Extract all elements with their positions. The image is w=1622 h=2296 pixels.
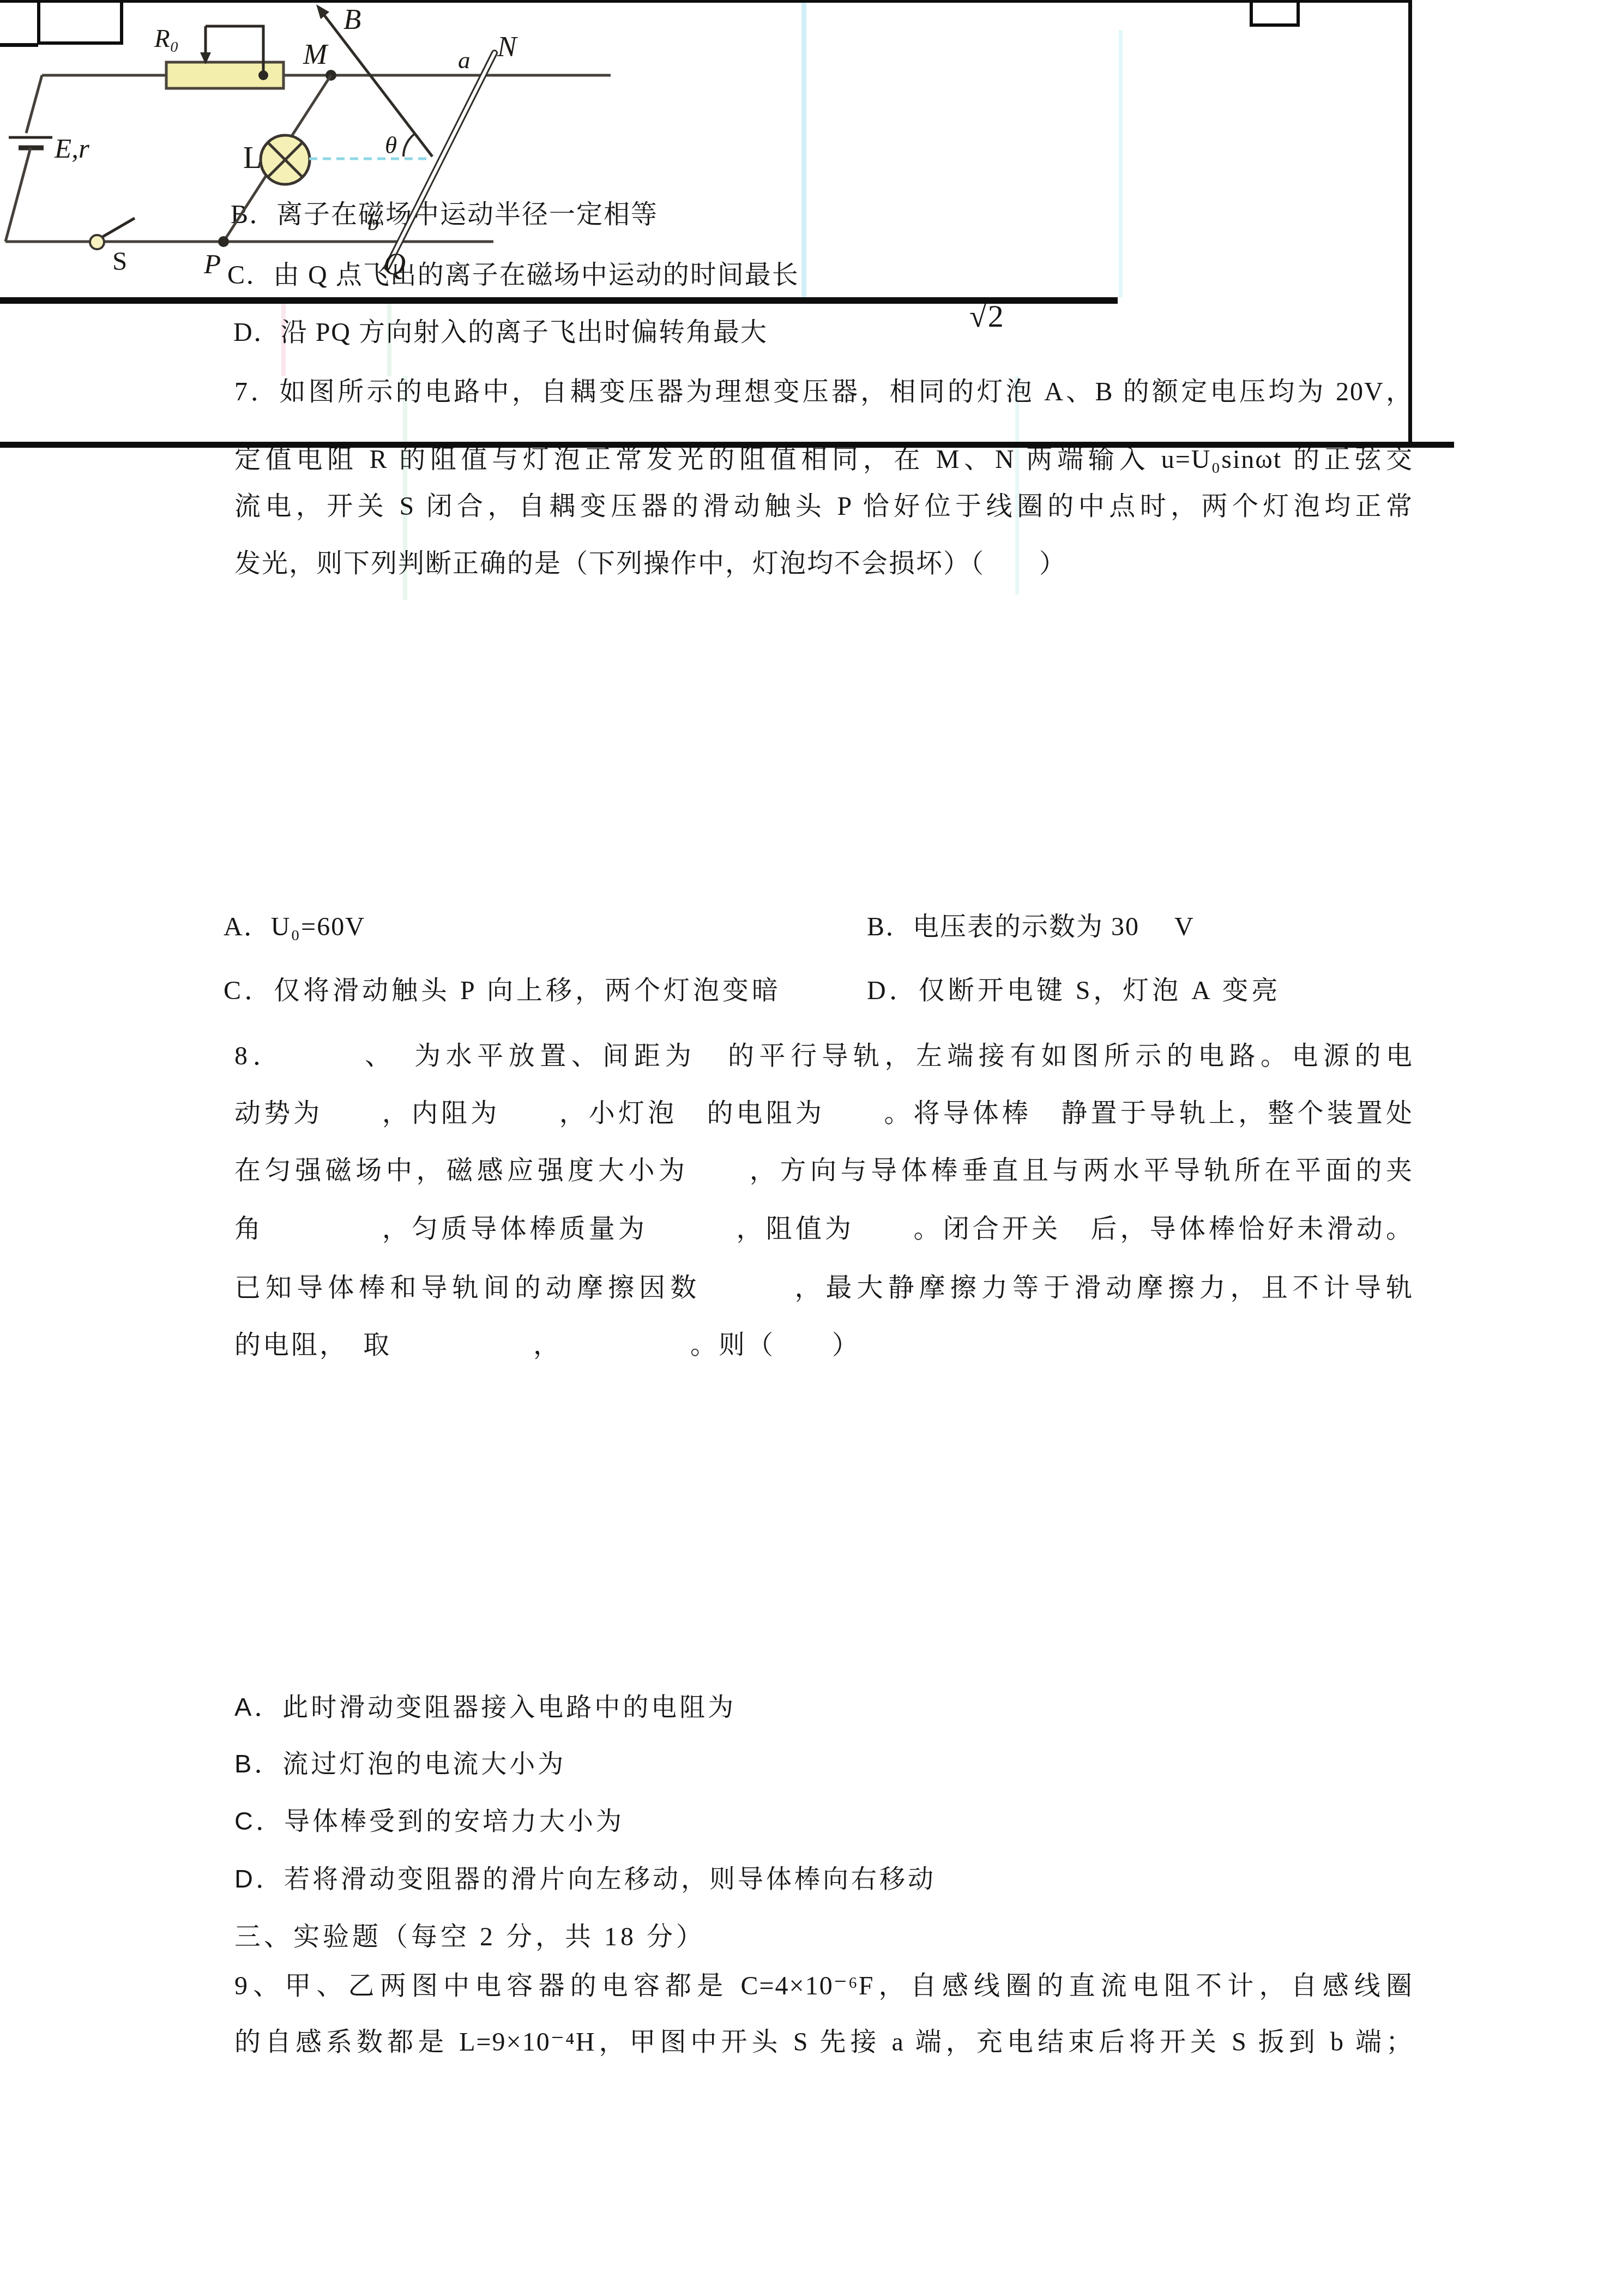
figure-bottom-rule	[0, 297, 1118, 304]
q8-option-a: A．此时滑动变阻器接入电路中的电阻为	[234, 1692, 736, 1722]
b-arrow-shaft	[321, 10, 432, 157]
label-switch-s: S	[112, 245, 127, 277]
label-lamp-l: L	[243, 141, 262, 176]
q9-text-line1: 9、甲、乙两图中电容器的电容都是 C=4×10⁻⁶F，自感线圈的直流电阻不计，自…	[234, 1971, 1413, 2002]
scan-artifact-strip	[1119, 30, 1123, 297]
switch-lever	[101, 218, 135, 238]
q8-option-c: C．导体棒受到的安培力大小为	[234, 1806, 624, 1836]
label-node-m: M	[303, 38, 327, 71]
label-rail-end-n: N	[497, 31, 516, 63]
q9-text-line2: 的自感系数都是 L=9×10⁻⁴H，甲图中开头 S 先接 a 端，充电结束后将开…	[234, 2027, 1413, 2058]
q7-text-line3: 流电，开关 S 闭合，自耦变压器的滑动触头 P 恰好位于线圈的中点时，两个灯泡均…	[234, 491, 1413, 522]
label-resistor-r0: R₀	[154, 24, 179, 53]
q7-text-line1: 7．如图所示的电路中，自耦变压器为理想变压器，相同的灯泡 A、B 的额定电压均为…	[234, 377, 1413, 407]
q7-option-b: B．电压表的示数为 30 V	[867, 912, 1195, 942]
q8-text-line1: 8． 、 为水平放置、间距为 的平行导轨，左端接有如图所示的电路。电源的电	[234, 1041, 1413, 1072]
switch-contact	[90, 235, 104, 249]
p-node-dot	[218, 236, 229, 247]
q7-option-c: C．仅将滑动触头 P 向上移，两个灯泡变暗	[224, 976, 781, 1006]
q7-option-d: D．仅断开电键 S，灯泡 A 变亮	[867, 976, 1281, 1006]
q7-text-line2: 定值电阻 R 的阻值与灯泡正常发光的阻值相同，在 M、N 两端输入 u=U₀si…	[234, 444, 1413, 475]
header-box-left-tail	[0, 43, 38, 47]
wire-left	[26, 75, 42, 133]
header-box-left	[37, 0, 123, 45]
junction-dot	[258, 70, 268, 80]
b-arrow-head	[316, 4, 329, 19]
section-divider-rule	[0, 442, 1454, 448]
exam-scan-page: R₀ M B a N E,r L θ S P Q b B．离子在磁场中运动半径一…	[0, 0, 1622, 2296]
label-theta: θ	[385, 131, 397, 159]
label-rail-end-a: a	[458, 46, 471, 74]
label-point-p: P	[204, 249, 221, 280]
header-box-right	[1250, 0, 1300, 27]
label-rod-end-b: b	[367, 209, 379, 236]
sqrt2-formula: √2	[969, 301, 1005, 332]
q6-option-d: D．沿 PQ 方向射入的离子飞出时偏转角最大	[233, 317, 768, 348]
outer-box-right-border	[1408, 0, 1412, 446]
q8-text-line5: 已知导体棒和导轨间的动摩擦因数 ，最大静摩擦力等于滑动摩擦力，且不计导轨	[234, 1273, 1413, 1303]
scan-artifact-strip	[801, 0, 806, 297]
q8-option-d: D．若将滑动变阻器的滑片向左移动，则导体棒向右移动	[234, 1864, 936, 1894]
q8-option-b: B．流过灯泡的电流大小为	[234, 1748, 566, 1779]
q8-text-line4: 角 ，匀质导体棒质量为 ，阻值为 。闭合开关 后，导体棒恰好未滑动。	[234, 1214, 1413, 1245]
q8-text-line6: 的电阻， 取 ， 。则（ ）	[234, 1330, 860, 1361]
q8-text-line3: 在匀强磁场中，磁感应强度大小为 ，方向与导体棒垂直且与两水平导轨所在平面的夹	[234, 1156, 1413, 1186]
q7-option-a: A．U₀=60V	[224, 912, 365, 942]
theta-arc	[403, 134, 415, 157]
section3-header: 三、实验题（每空 2 分，共 18 分）	[234, 1922, 706, 1952]
label-battery-er: E,r	[55, 133, 89, 165]
rod-core	[387, 53, 495, 267]
label-b-field: B	[343, 3, 361, 36]
label-point-q: Q	[383, 247, 406, 282]
outer-box-top-border	[0, 0, 1412, 3]
wire-battery-bottom	[5, 148, 31, 242]
q8-text-line2: 动势为 ，内阻为 ，小灯泡 的电阻为 。将导体棒 静置于导轨上，整个装置处	[234, 1098, 1413, 1129]
q7-text-line4: 发光，则下列判断正确的是（下列操作中，灯泡均不会损坏）（ ）	[234, 549, 1066, 579]
